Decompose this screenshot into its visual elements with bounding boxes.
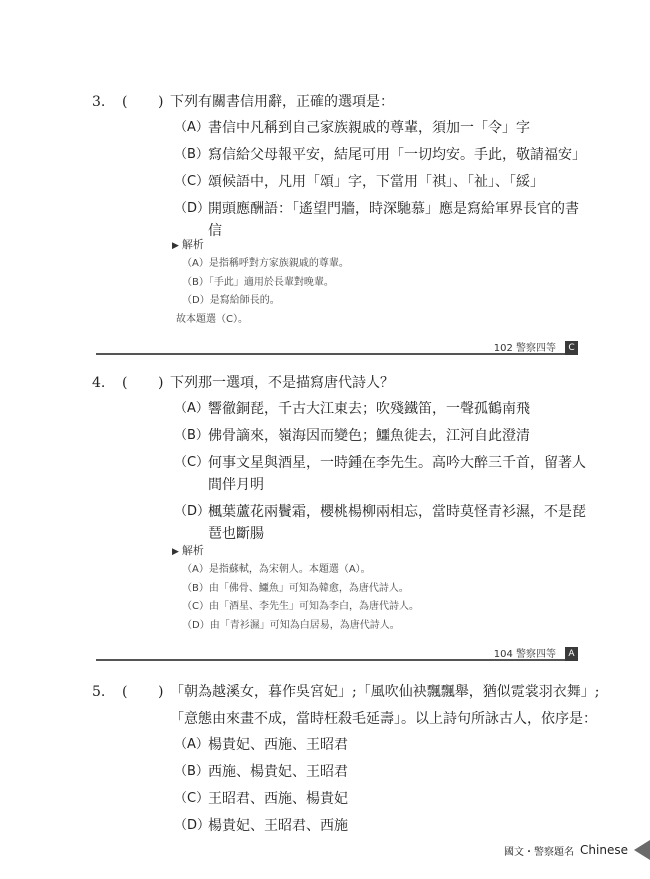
question-number: 3. xyxy=(92,91,112,113)
page-tab-triangle-icon xyxy=(634,840,650,860)
question-header: 3. () 下列有關書信用辭，正確的選項是： xyxy=(92,91,592,113)
source-bar: 104 警察四等 A xyxy=(96,647,580,661)
analysis-block: ▶解析 （A）是指稱呼對方家族親戚的尊輩。 （B）「手此」適用於長輩對晚輩。 （… xyxy=(172,236,349,329)
analysis-item: （A）是指稱呼對方家族親戚的尊輩。 xyxy=(172,255,349,274)
analysis-title: ▶解析 xyxy=(172,236,349,255)
question-number: 4. xyxy=(92,372,112,394)
question-header: 5. () 「朝為越溪女，暮作吳宮妃」;「風吹仙袂飄飄舉，猶似霓裳羽衣舞」; xyxy=(92,681,592,703)
answer-badge: A xyxy=(565,647,578,661)
analysis-item: （C）由「酒星、李先生」可知為李白，為唐代詩人。 xyxy=(172,598,419,617)
option-a: （A）書信中凡稱到自己家族親戚的尊輩，須加一「令」字 xyxy=(174,117,592,139)
analysis-item: （B）「手此」適用於長輩對晚輩。 xyxy=(172,274,349,293)
triangle-right-icon: ▶ xyxy=(172,241,179,251)
options-list: （A）楊貴妃、西施、王昭君 （B）西施、楊貴妃、王昭君 （C）王昭君、西施、楊貴… xyxy=(174,734,592,842)
question-number: 5. xyxy=(92,681,112,703)
question-4: 4. () 下列那一選項，不是描寫唐代詩人？ （A）響徹銅琵，千古大江東去；吹殘… xyxy=(92,372,592,394)
option-c: （C）王昭君、西施、楊貴妃 xyxy=(174,788,592,810)
page-footer: 國文・警察題名 Chinese xyxy=(504,840,650,860)
question-stem-continued: 「意態由來畫不成，當時枉殺毛延壽」。以上詩句所詠古人，依序是： xyxy=(170,708,597,728)
options-list: （A）書信中凡稱到自己家族親戚的尊輩，須加一「令」字 （B）寫信給父母報平安，結… xyxy=(174,117,592,247)
answer-badge: C xyxy=(565,341,578,355)
option-b: （B）西施、楊貴妃、王昭君 xyxy=(174,761,592,783)
option-d: （D）楊貴妃、王昭君、西施 xyxy=(174,815,592,837)
analysis-item: （D）由「青衫濕」可知為白居易，為唐代詩人。 xyxy=(172,617,419,636)
triangle-right-icon: ▶ xyxy=(172,547,179,557)
analysis-item: （B）由「佛骨、鱷魚」可知為韓愈，為唐代詩人。 xyxy=(172,580,419,599)
analysis-item: （A）是指蘇軾，為宋朝人。本題選（A）。 xyxy=(172,561,419,580)
footer-section: 國文・警察題名 xyxy=(504,843,574,858)
question-stem: 下列那一選項，不是描寫唐代詩人？ xyxy=(170,372,394,394)
analysis-title: ▶解析 xyxy=(172,542,419,561)
analysis-block: ▶解析 （A）是指蘇軾，為宋朝人。本題選（A）。 （B）由「佛骨、鱷魚」可知為韓… xyxy=(172,542,419,635)
option-c: （C）何事文星與酒星，一時鍾在李先生。高吟大醉三千首，留著人間伴月明 xyxy=(174,452,592,496)
options-list: （A）響徹銅琵，千古大江東去；吹殘鐵笛，一聲孤鶴南飛 （B）佛骨謫來，嶺海因而變… xyxy=(174,398,592,550)
question-header: 4. () 下列那一選項，不是描寫唐代詩人？ xyxy=(92,372,592,394)
option-a: （A）楊貴妃、西施、王昭君 xyxy=(174,734,592,756)
exam-source: 104 警察四等 xyxy=(494,645,556,660)
option-b: （B）寫信給父母報平安，結尾可用「一切均安。手此，敬請福安」 xyxy=(174,144,592,166)
question-stem: 下列有關書信用辭，正確的選項是： xyxy=(170,91,394,113)
question-5: 5. () 「朝為越溪女，暮作吳宮妃」;「風吹仙袂飄飄舉，猶似霓裳羽衣舞」; 「… xyxy=(92,681,592,703)
option-d: （D）楓葉蘆花兩鬢霜，櫻桃楊柳兩相忘，當時莫怪青衫濕，不是琵琶也斷腸 xyxy=(174,501,592,545)
option-a: （A）響徹銅琵，千古大江東去；吹殘鐵笛，一聲孤鶴南飛 xyxy=(174,398,592,420)
question-stem: 「朝為越溪女，暮作吳宮妃」;「風吹仙袂飄飄舉，猶似霓裳羽衣舞」; xyxy=(170,681,599,703)
option-c: （C）頌候語中，凡用「頌」字，下當用「祺」、「祉」、「綏」 xyxy=(174,171,592,193)
option-b: （B）佛骨謫來，嶺海因而變色；鱷魚徙去，江河自此澄清 xyxy=(174,425,592,447)
analysis-conclusion: 故本題選（C）。 xyxy=(172,311,349,330)
exam-source: 102 警察四等 xyxy=(494,339,556,354)
source-bar: 102 警察四等 C xyxy=(96,341,580,355)
footer-english: Chinese xyxy=(580,843,628,857)
question-3: 3. () 下列有關書信用辭，正確的選項是： （A）書信中凡稱到自己家族親戚的尊… xyxy=(92,91,592,113)
analysis-item: （D）是寫給師長的。 xyxy=(172,292,349,311)
